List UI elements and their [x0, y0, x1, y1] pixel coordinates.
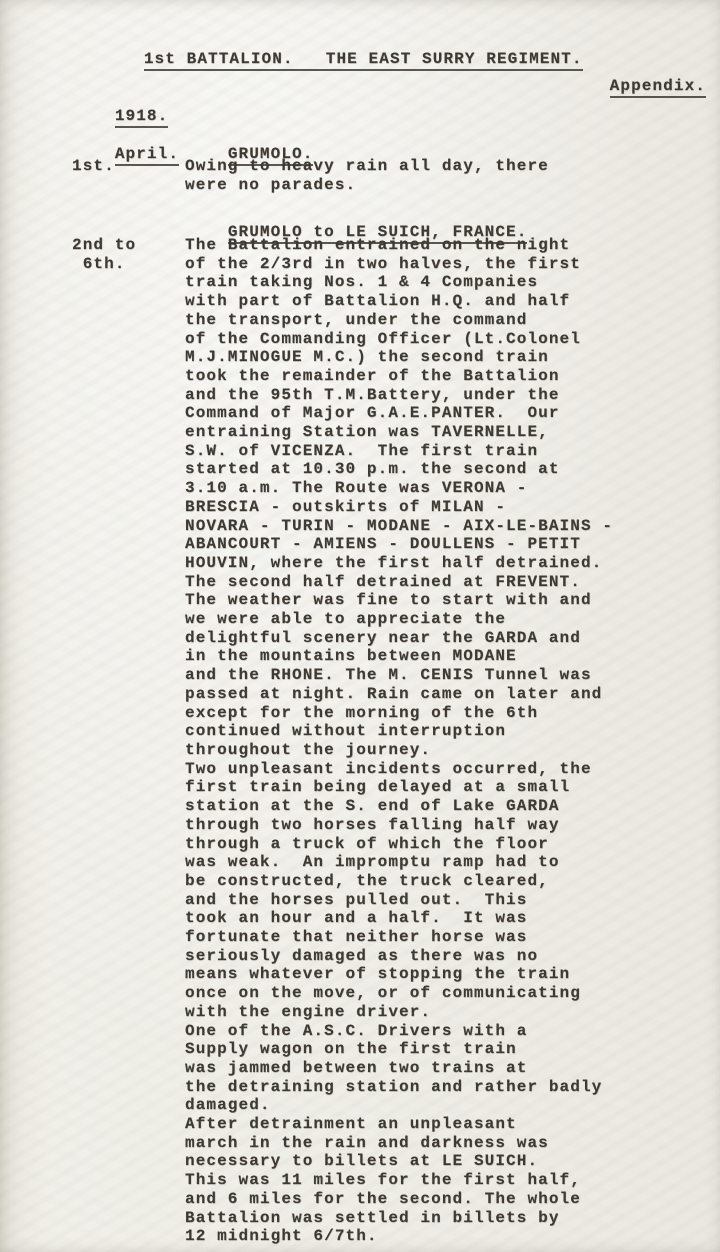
entry-1st-body: Owing to heavy rain all day, there were … — [185, 157, 549, 194]
appendix-label: Appendix. — [567, 58, 706, 117]
page-title-text: 1st BATTALION. THE EAST SURRY REGIMENT. — [144, 50, 583, 72]
month-label: April. — [72, 126, 179, 185]
page-title: 1st BATTALION. THE EAST SURRY REGIMENT. — [101, 31, 583, 90]
entry-2nd-6th-date: 2nd to 6th. — [72, 236, 136, 273]
appendix-text: Appendix. — [610, 77, 706, 99]
entry-1st-date: 1st. — [72, 157, 115, 176]
entry-2nd-6th-body: The Battalion entrained on the night of … — [185, 236, 613, 1246]
document-page: 1st BATTALION. THE EAST SURRY REGIMENT. … — [0, 0, 720, 1252]
month-text: April. — [115, 145, 179, 167]
